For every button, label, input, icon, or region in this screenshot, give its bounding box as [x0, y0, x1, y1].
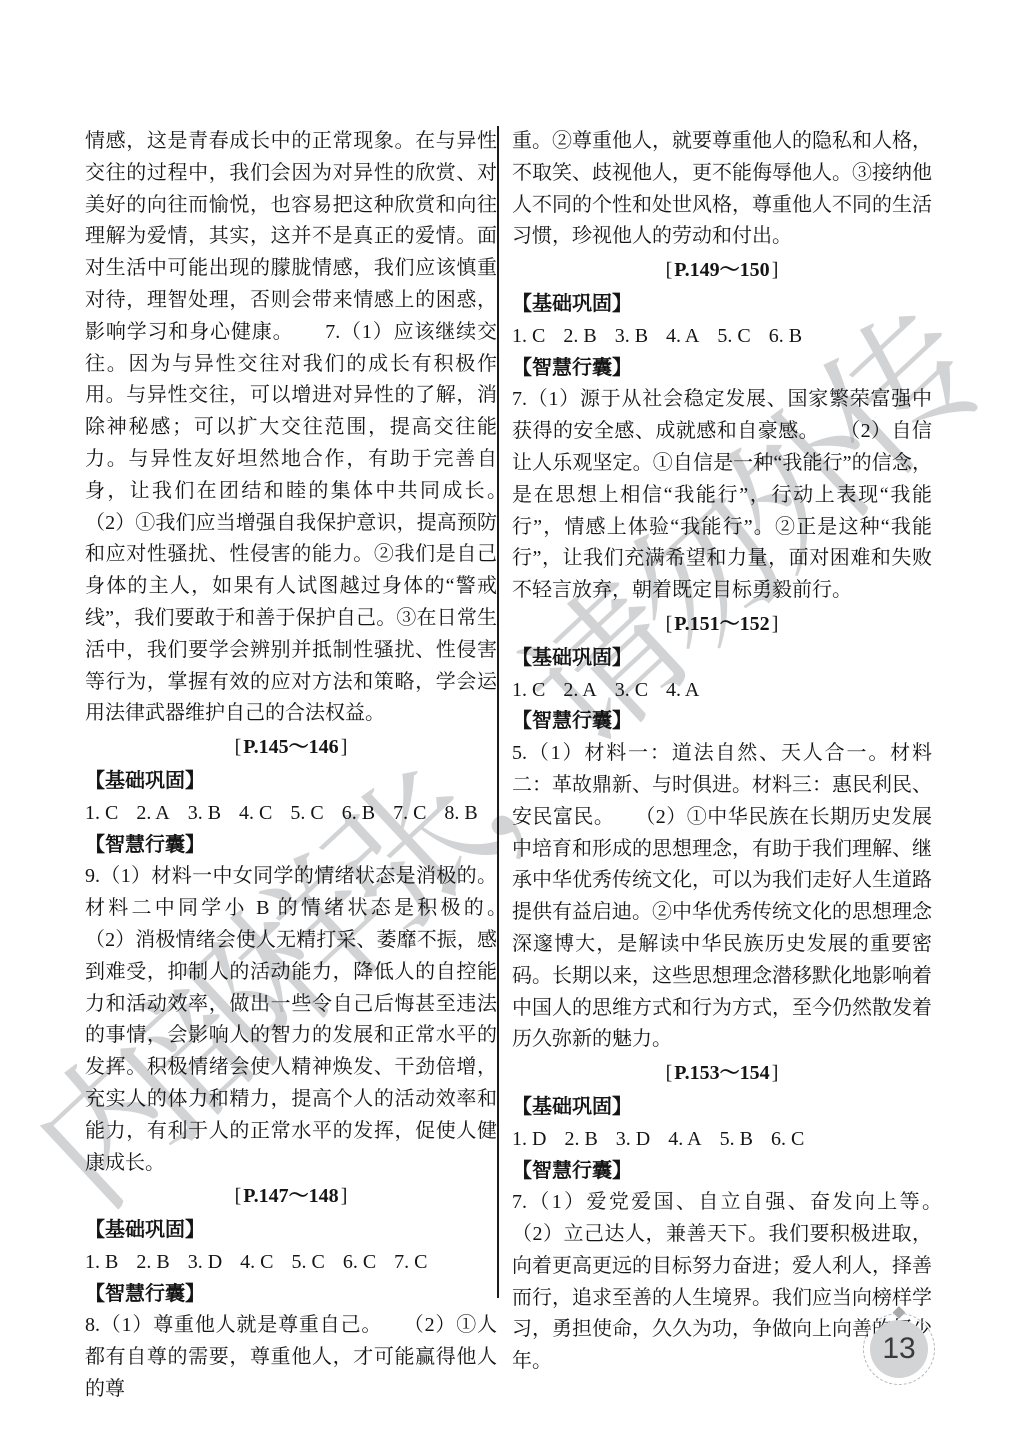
open-bracket: [: [664, 613, 675, 635]
page-range-label: P.147～148: [243, 1185, 338, 1207]
section-header: 【智慧行囊】: [85, 830, 497, 862]
page-range-label: P.149～150: [674, 259, 769, 281]
close-bracket: ]: [770, 259, 781, 281]
answer-row: 1. C2. A3. B4. C5. C6. B7. C8. B: [85, 798, 497, 830]
answer-row: 1. C2. A3. C4. A: [512, 675, 932, 707]
answer-item: 2. A: [563, 675, 596, 707]
section-header: 【智慧行囊】: [512, 353, 932, 385]
answer-row: 1. C2. B3. B4. A5. C6. B: [512, 321, 932, 353]
answer-paragraph: 5.（1）材料一：道法自然、天人合一。材料二：革故鼎新、与时俱进。材料三：惠民利…: [512, 738, 932, 1056]
page-range-ref: [P.151～152]: [512, 609, 932, 641]
answer-item: 1. B: [85, 1247, 118, 1279]
section-header: 【基础巩固】: [85, 766, 497, 798]
section-header: 【基础巩固】: [512, 1092, 932, 1124]
close-bracket: ]: [770, 613, 781, 635]
answer-item: 5. C: [717, 321, 750, 353]
answer-item: 7. C: [394, 1247, 427, 1279]
open-bracket: [: [233, 736, 244, 758]
page-number-badge: 13: [870, 1320, 928, 1378]
column-divider-line: [497, 126, 499, 1298]
page-range-label: P.151～152: [674, 613, 769, 635]
book-page: 内部样张，请勿外传 情感，这是青春成长中的正常现象。在与异性交往的过程中，我们会…: [0, 0, 1015, 1447]
answer-item: 1. C: [512, 675, 545, 707]
page-range-ref: [P.147～148]: [85, 1181, 497, 1213]
answer-paragraph: 7.（1）源于从社会稳定发展、国家繁荣富强中获得的安全感、成就感和自豪感。 （2…: [512, 384, 932, 607]
answer-item: 4. A: [666, 675, 699, 707]
answer-item: 2. B: [563, 321, 596, 353]
answer-item: 4. C: [239, 798, 272, 830]
answer-paragraph: 9.（1）材料一中女同学的情绪状态是消极的。材料二中同学小 B 的情绪状态是积极…: [85, 861, 497, 1179]
section-header: 【基础巩固】: [85, 1215, 497, 1247]
answer-item: 1. C: [512, 321, 545, 353]
answer-item: 6. C: [343, 1247, 376, 1279]
answer-item: 2. B: [136, 1247, 169, 1279]
section-header: 【智慧行囊】: [85, 1279, 497, 1311]
answer-item: 6. B: [769, 321, 802, 353]
answer-item: 4. C: [240, 1247, 273, 1279]
answer-paragraph: 重。②尊重他人，就要尊重他人的隐私和人格，不取笑、歧视他人，更不能侮辱他人。③接…: [512, 126, 932, 253]
answer-item: 5. C: [290, 798, 323, 830]
answer-item: 2. A: [136, 798, 169, 830]
answer-item: 1. C: [85, 798, 118, 830]
answer-item: 5. C: [291, 1247, 324, 1279]
open-bracket: [: [664, 259, 675, 281]
answer-item: 3. B: [615, 321, 648, 353]
close-bracket: ]: [339, 736, 350, 758]
answer-item: 4. A: [668, 1124, 701, 1156]
left-column: 情感，这是青春成长中的正常现象。在与异性交往的过程中，我们会因为对异性的欣赏、对…: [85, 126, 497, 1406]
answer-item: 3. B: [188, 798, 221, 830]
answer-item: 3. C: [615, 675, 648, 707]
page-number: 13: [870, 1320, 928, 1378]
answer-item: 6. B: [342, 798, 375, 830]
answer-item: 1. D: [512, 1124, 546, 1156]
page-range-label: P.145～146: [243, 736, 338, 758]
answer-item: 2. B: [564, 1124, 597, 1156]
section-header: 【智慧行囊】: [512, 706, 932, 738]
section-header: 【基础巩固】: [512, 643, 932, 675]
answer-item: 6. C: [771, 1124, 804, 1156]
open-bracket: [: [664, 1062, 675, 1084]
answer-paragraph: 8.（1）尊重他人就是尊重自己。 （2）①人都有自尊的需要，尊重他人，才可能赢得…: [85, 1310, 497, 1405]
open-bracket: [: [233, 1185, 244, 1207]
answer-item: 7. C: [393, 798, 426, 830]
right-column: 重。②尊重他人，就要尊重他人的隐私和人格，不取笑、歧视他人，更不能侮辱他人。③接…: [512, 126, 932, 1378]
answer-item: 4. A: [666, 321, 699, 353]
answer-item: 5. B: [720, 1124, 753, 1156]
page-range-ref: [P.153～154]: [512, 1058, 932, 1090]
answer-row: 1. D2. B3. D4. A5. B6. C: [512, 1124, 932, 1156]
section-header: 【智慧行囊】: [512, 1156, 932, 1188]
answer-item: 3. D: [616, 1124, 650, 1156]
page-range-ref: [P.149～150]: [512, 255, 932, 287]
answer-row: 1. B2. B3. D4. C5. C6. C7. C: [85, 1247, 497, 1279]
page-range-label: P.153～154: [674, 1062, 769, 1084]
answer-paragraph: 情感，这是青春成长中的正常现象。在与异性交往的过程中，我们会因为对异性的欣赏、对…: [85, 126, 497, 730]
answer-item: 3. D: [188, 1247, 222, 1279]
close-bracket: ]: [770, 1062, 781, 1084]
answer-item: 8. B: [444, 798, 477, 830]
close-bracket: ]: [339, 1185, 350, 1207]
section-header: 【基础巩固】: [512, 289, 932, 321]
page-range-ref: [P.145～146]: [85, 732, 497, 764]
